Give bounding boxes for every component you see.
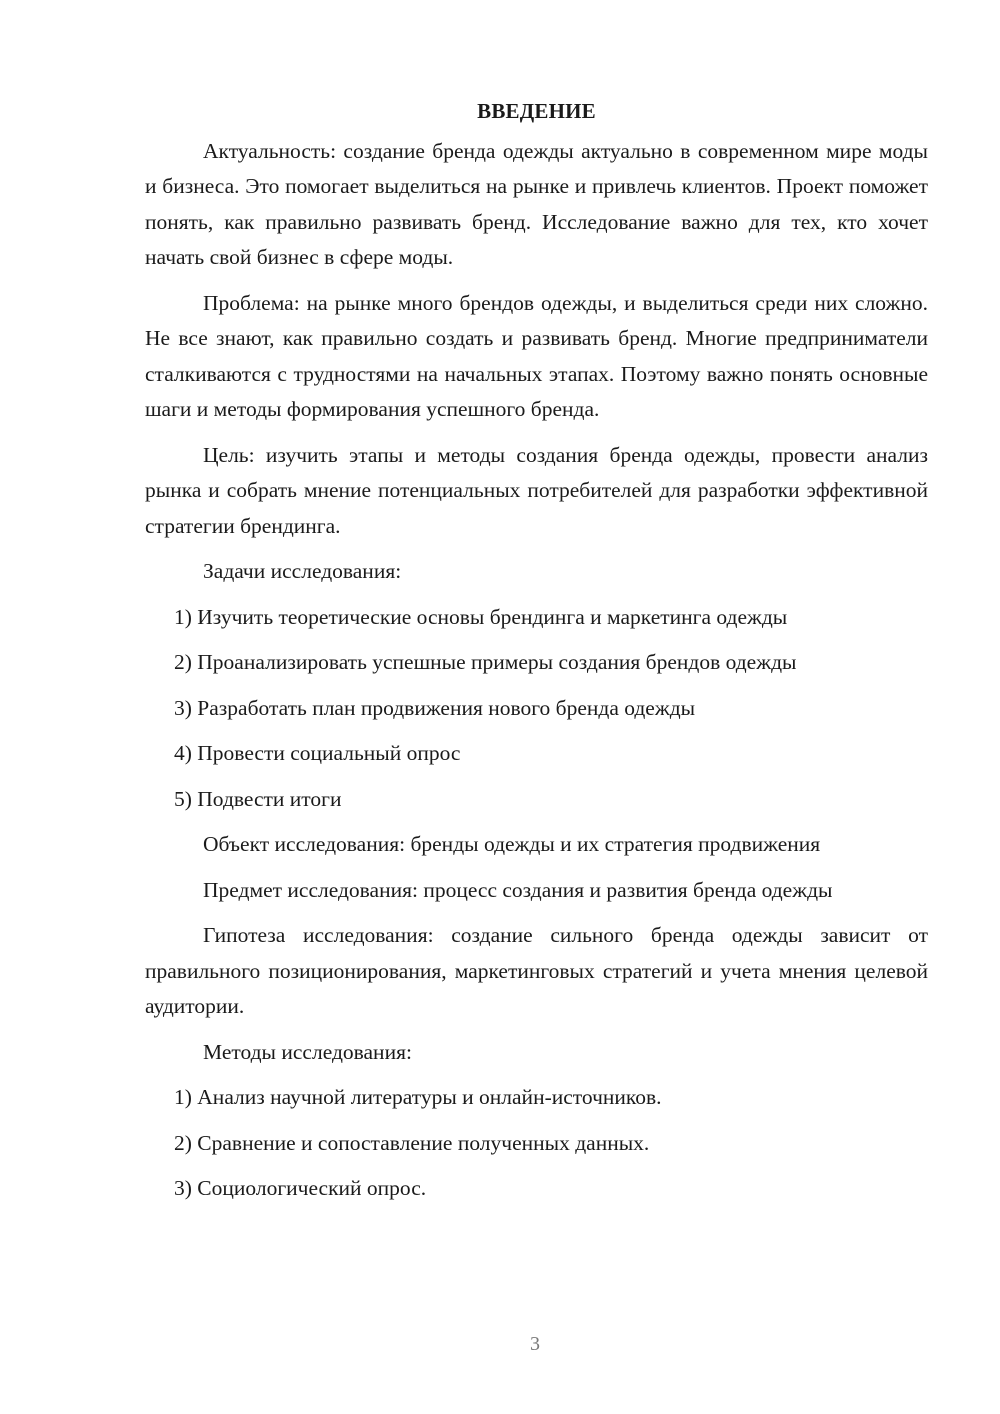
research-subject: Предмет исследования: процесс создания и… xyxy=(145,873,928,909)
tasks-list: 1) Изучить теоретические основы брендинг… xyxy=(145,600,928,818)
hypothesis-paragraph: Гипотеза исследования: создание сильного… xyxy=(145,918,928,1025)
task-item: 1) Изучить теоретические основы брендинг… xyxy=(145,600,928,636)
methods-list: 1) Анализ научной литературы и онлайн-ис… xyxy=(145,1080,928,1207)
page-content: ВВЕДЕНИЕ Актуальность: создание бренда о… xyxy=(145,94,928,1217)
document-page: ВВЕДЕНИЕ Актуальность: создание бренда о… xyxy=(0,0,1000,1414)
task-item: 4) Провести социальный опрос xyxy=(145,736,928,772)
section-title: ВВЕДЕНИЕ xyxy=(145,94,928,130)
goal-paragraph: Цель: изучить этапы и методы создания бр… xyxy=(145,438,928,545)
relevance-paragraph: Актуальность: создание бренда одежды акт… xyxy=(145,134,928,276)
page-number: 3 xyxy=(0,1333,1000,1356)
task-item: 2) Проанализировать успешные примеры соз… xyxy=(145,645,928,681)
task-item: 3) Разработать план продвижения нового б… xyxy=(145,691,928,727)
method-item: 3) Социологический опрос. xyxy=(145,1171,928,1207)
problem-paragraph: Проблема: на рынке много брендов одежды,… xyxy=(145,286,928,428)
tasks-heading: Задачи исследования: xyxy=(145,554,928,590)
methods-heading: Методы исследования: xyxy=(145,1035,928,1071)
research-object: Объект исследования: бренды одежды и их … xyxy=(145,827,928,863)
method-item: 1) Анализ научной литературы и онлайн-ис… xyxy=(145,1080,928,1116)
task-item: 5) Подвести итоги xyxy=(145,782,928,818)
method-item: 2) Сравнение и сопоставление полученных … xyxy=(145,1126,928,1162)
